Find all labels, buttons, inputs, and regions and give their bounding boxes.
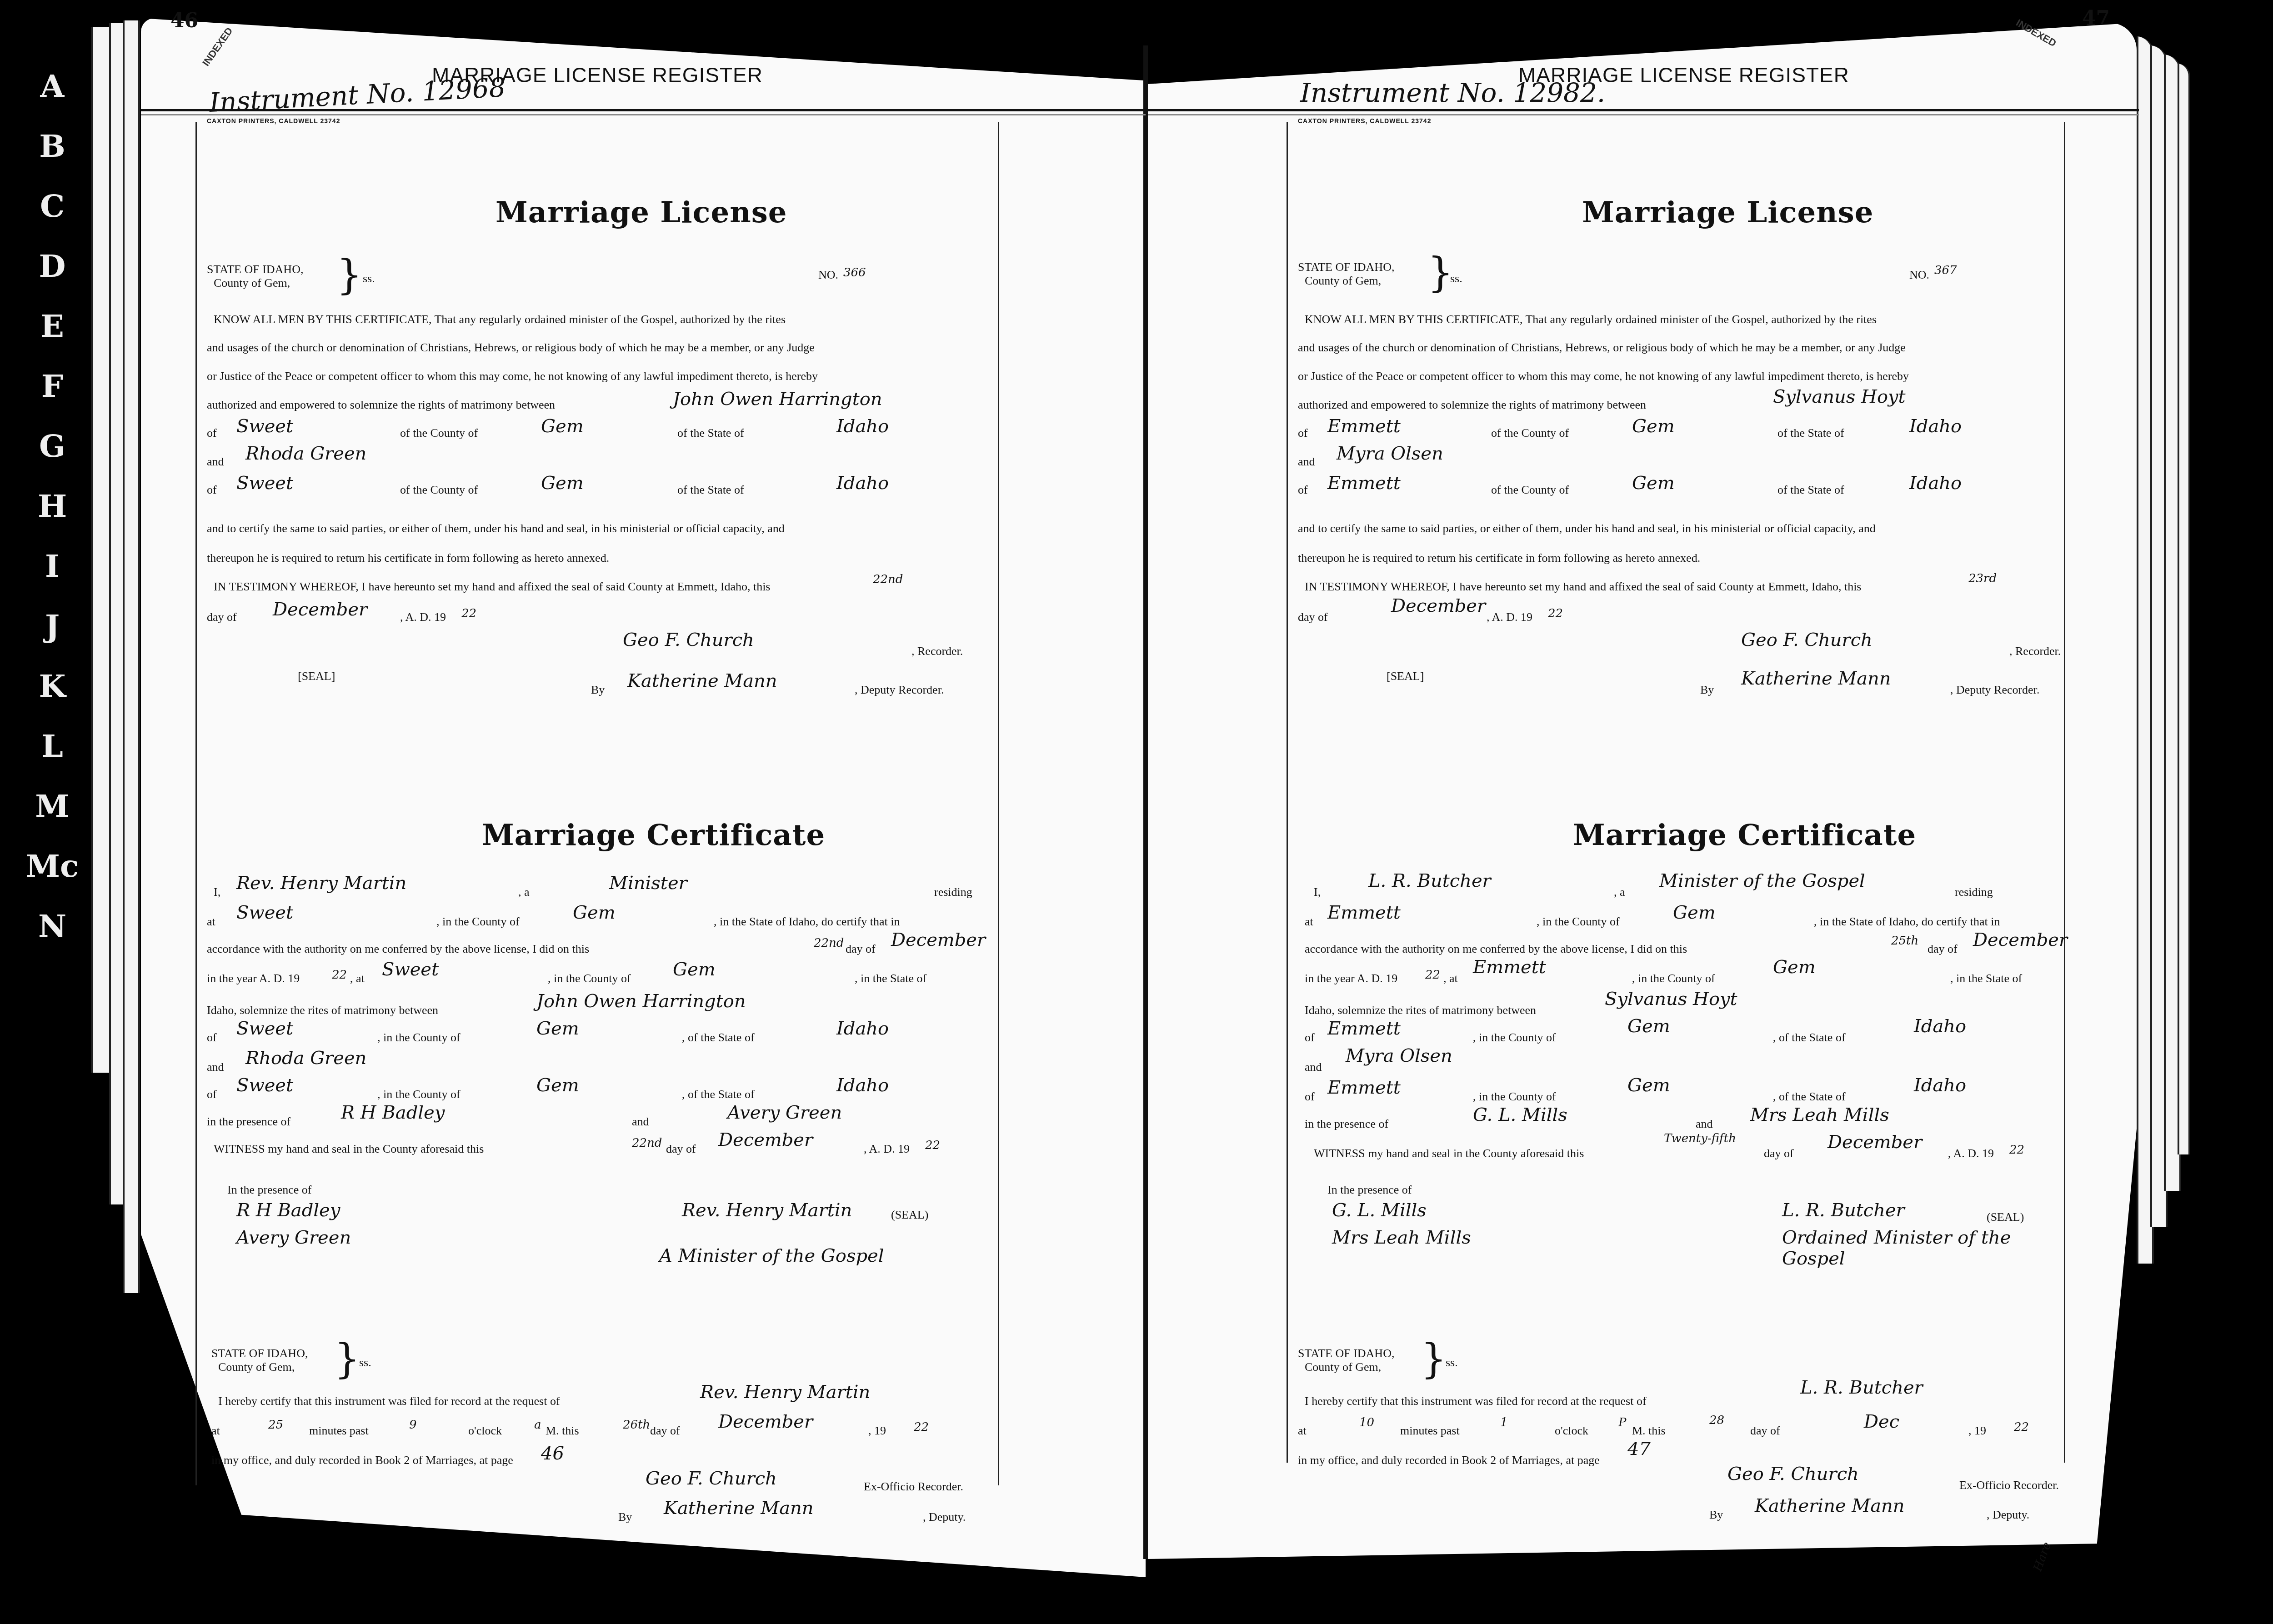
bride-town: Emmett <box>1327 473 1401 494</box>
form-text: and to certify the same to said parties,… <box>1298 523 1876 535</box>
form-text: M. this <box>546 1425 579 1437</box>
bride-name: Myra Olsen <box>1337 443 1443 464</box>
form-text: residing <box>934 886 972 898</box>
license-no-label: NO. <box>818 269 838 281</box>
index-tab[interactable]: C <box>18 188 86 225</box>
filed-year: 22 <box>914 1420 929 1434</box>
form-text: , Recorder. <box>2009 645 2061 657</box>
form-text: o'clock <box>1555 1425 1588 1437</box>
form-text: and to certify the same to said parties,… <box>207 523 785 535</box>
form-text: , in the County of <box>1473 1032 1556 1044</box>
form-text: WITNESS my hand and seal in the County a… <box>1314 1148 1584 1159</box>
filed-page: 47 <box>1627 1439 1651 1459</box>
license-number: 366 <box>843 266 866 280</box>
bride-state: Idaho <box>1909 473 1962 494</box>
marriage-month: December <box>891 929 986 950</box>
form-text: at <box>207 916 215 928</box>
form-text: By <box>591 684 605 696</box>
form-text: , 19 <box>1968 1425 1986 1437</box>
form-text: day of <box>1764 1148 1794 1159</box>
recorder-signature: Geo F. Church <box>623 630 754 650</box>
form-text: Idaho, solemnize the rites of matrimony … <box>207 1004 438 1016</box>
form-text: , in the County of <box>1473 1091 1556 1103</box>
officiant-county: Gem <box>1673 902 1716 923</box>
filed-month: December <box>718 1411 813 1432</box>
form-text: of the County of <box>1491 484 1569 496</box>
form-text: day of <box>207 611 237 623</box>
header-rule <box>141 109 1146 115</box>
form-text: , in the County of <box>1537 916 1620 928</box>
form-text: of the State of <box>677 427 744 439</box>
index-tab[interactable]: J <box>18 608 86 645</box>
form-text: of the State of <box>1777 484 1844 496</box>
form-text: , at <box>1443 973 1458 984</box>
cert-groom-town: Emmett <box>1327 1018 1401 1039</box>
form-text: I hereby certify that this instrument wa… <box>218 1395 560 1407</box>
form-text: o'clock <box>468 1425 502 1437</box>
form-text: authorized and empowered to solemnize th… <box>207 399 555 411</box>
officiant-signature-title: A Minister of the Gospel <box>659 1245 896 1266</box>
brace: } <box>1427 252 1453 293</box>
marriage-place: Emmett <box>1473 957 1546 978</box>
form-text: , a <box>518 886 530 898</box>
form-text: in the year A. D. 19 <box>207 973 300 984</box>
header-rule <box>1148 109 2139 115</box>
form-text: of <box>1298 427 1308 439</box>
officiant-signature-title: Ordained Minister of the Gospel <box>1782 1227 2018 1269</box>
officiant-county: Gem <box>573 902 616 923</box>
cert-groom-state: Idaho <box>836 1018 889 1039</box>
groom-county: Gem <box>541 416 584 437</box>
page-number: 47 <box>2082 7 2110 30</box>
form-text: minutes past <box>309 1425 369 1437</box>
officiant-signature: Rev. Henry Martin <box>682 1200 852 1221</box>
form-text: of <box>1305 1091 1315 1103</box>
index-tab[interactable]: N <box>18 908 86 944</box>
form-text: in the presence of <box>207 1116 290 1128</box>
form-text: and <box>1305 1061 1322 1073</box>
witness-month: December <box>1827 1132 1922 1153</box>
county-label: County of Gem, <box>214 277 290 289</box>
witness-1: G. L. Mills <box>1473 1104 1567 1125</box>
form-text: and usages of the church or denomination… <box>1298 342 1906 354</box>
certificate-heading: Marriage Certificate <box>482 818 825 852</box>
index-tab[interactable]: M <box>18 788 86 824</box>
seal-label: (SEAL) <box>1987 1211 2024 1223</box>
form-text: I, <box>214 886 220 898</box>
form-text: and usages of the church or denomination… <box>207 342 815 354</box>
form-text: , Deputy. <box>923 1511 966 1523</box>
brace: } <box>1421 1339 1447 1379</box>
license-day: 22nd <box>873 573 903 586</box>
seal-label: (SEAL) <box>891 1209 928 1221</box>
form-text: of <box>207 1032 217 1044</box>
filed-year: 22 <box>2014 1420 2029 1434</box>
cert-groom: John Owen Harrington <box>536 991 746 1012</box>
form-text: day of <box>1750 1425 1780 1437</box>
margin-line <box>195 122 197 1485</box>
form-text: , A. D. 19 <box>400 611 446 623</box>
filed-recorder-signature: Geo F. Church <box>1727 1464 1859 1484</box>
form-text: In the presence of <box>227 1184 312 1196</box>
form-text: , in the State of <box>855 973 926 984</box>
form-text: minutes past <box>1400 1425 1460 1437</box>
form-text: , 19 <box>868 1425 886 1437</box>
witness-2: Avery Green <box>727 1102 842 1123</box>
cert-bride: Rhoda Green <box>245 1048 366 1069</box>
index-tab[interactable]: E <box>18 308 86 345</box>
form-text: , of the State of <box>1773 1032 1846 1044</box>
form-text: , in the State of Idaho, do certify that… <box>714 916 900 928</box>
page-number: 46 <box>170 9 198 32</box>
form-text: thereupon he is required to return his c… <box>207 552 609 564</box>
filed-deputy-signature: Katherine Mann <box>1755 1495 1905 1516</box>
right-page <box>1146 23 2137 1559</box>
license-day: 23rd <box>1968 572 1997 585</box>
license-no-label: NO. <box>1909 269 1929 281</box>
left-page <box>141 18 1146 1577</box>
license-year: 22 <box>461 607 476 620</box>
filed-day: 28 <box>1709 1414 1724 1427</box>
form-text: and <box>1298 456 1315 468</box>
cert-bride-county: Gem <box>536 1075 579 1096</box>
officiant-name: L. R. Butcher <box>1368 870 1491 891</box>
deputy-signature: Katherine Mann <box>627 670 777 691</box>
witness-2-signature: Mrs Leah Mills <box>1332 1227 1471 1248</box>
form-text: thereupon he is required to return his c… <box>1298 552 1700 564</box>
form-text: , Deputy Recorder. <box>1950 684 2039 696</box>
marriage-day: 22nd <box>814 936 844 950</box>
license-month: December <box>273 599 367 620</box>
cert-groom-town: Sweet <box>236 1018 293 1039</box>
form-text: of the County of <box>400 484 478 496</box>
index-tab[interactable]: L <box>18 728 86 765</box>
form-text: in my office, and duly recorded in Book … <box>1298 1454 1600 1466</box>
recorder-signature: Geo F. Church <box>1741 630 1872 650</box>
filed-hour: 1 <box>1500 1416 1508 1429</box>
form-text: at <box>1305 916 1313 928</box>
form-text: of <box>207 427 217 439</box>
form-text: day of <box>650 1425 680 1437</box>
seal-label: [SEAL] <box>298 670 335 682</box>
county-label: County of Gem, <box>1305 275 1381 287</box>
state-label: STATE OF IDAHO, <box>1298 1348 1394 1359</box>
license-year: 22 <box>1548 607 1563 620</box>
form-text: IN TESTIMONY WHEREOF, I have hereunto se… <box>1305 581 1862 593</box>
form-text: , of the State of <box>1773 1091 1846 1103</box>
county-label: County of Gem, <box>1305 1361 1381 1373</box>
groom-state: Idaho <box>1909 416 1962 437</box>
witness-year: 22 <box>2009 1143 2024 1157</box>
license-heading: Marriage License <box>1582 195 1874 230</box>
form-text: IN TESTIMONY WHEREOF, I have hereunto se… <box>214 581 771 593</box>
cert-bride: Myra Olsen <box>1346 1045 1452 1066</box>
form-text: of <box>1305 1032 1315 1044</box>
form-text: M. this <box>1632 1425 1666 1437</box>
filed-requested-by: L. R. Butcher <box>1800 1377 1923 1398</box>
form-text: , in the County of <box>377 1032 461 1044</box>
seal-label: [SEAL] <box>1387 670 1424 682</box>
marriage-year: 22 <box>332 968 347 982</box>
ss-label: ss. <box>1450 273 1462 285</box>
ss-label: ss. <box>1446 1357 1458 1369</box>
form-text: residing <box>1955 886 1993 898</box>
index-tab[interactable]: B <box>18 128 86 165</box>
filed-page: 46 <box>541 1443 564 1464</box>
form-text: WITNESS my hand and seal in the County a… <box>214 1143 484 1155</box>
page-edge <box>123 20 140 1293</box>
printer-mark: CAXTON PRINTERS, CALDWELL 23742 <box>1298 117 1431 125</box>
margin-line <box>998 122 999 1485</box>
license-number: 367 <box>1934 264 1957 277</box>
groom-state: Idaho <box>836 416 889 437</box>
witness-2: Mrs Leah Mills <box>1750 1104 1889 1125</box>
county-label: County of Gem, <box>218 1361 295 1373</box>
cert-groom: Sylvanus Hoyt <box>1605 989 1737 1009</box>
ss-label: ss. <box>363 273 375 285</box>
form-text: of the State of <box>677 484 744 496</box>
cert-bride-state: Idaho <box>1914 1075 1966 1096</box>
witness-1-signature: G. L. Mills <box>1332 1200 1427 1221</box>
form-text: , A. D. 19 <box>864 1143 910 1155</box>
form-text: I hereby certify that this instrument wa… <box>1305 1395 1647 1407</box>
form-text: , Recorder. <box>911 645 963 657</box>
margin-line <box>1287 122 1288 1463</box>
form-text: , of the State of <box>682 1032 755 1044</box>
cert-groom-state: Idaho <box>1914 1016 1966 1037</box>
cert-bride-town: Sweet <box>236 1075 293 1096</box>
witness-year: 22 <box>925 1139 940 1152</box>
filed-requested-by: Rev. Henry Martin <box>700 1382 870 1403</box>
form-text: , Deputy. <box>1987 1509 2029 1521</box>
groom-county: Gem <box>1632 416 1675 437</box>
brace: } <box>336 255 362 295</box>
filed-month: Dec <box>1864 1411 1899 1432</box>
groom-name: Sylvanus Hoyt <box>1773 386 1906 407</box>
form-text: KNOW ALL MEN BY THIS CERTIFICATE, That a… <box>1305 314 1877 325</box>
cert-bride-town: Emmett <box>1327 1077 1401 1098</box>
form-text: authorized and empowered to solemnize th… <box>1298 399 1646 411</box>
state-label: STATE OF IDAHO, <box>211 1348 308 1359</box>
form-text: , A. D. 19 <box>1487 611 1532 623</box>
marriage-day: 25th <box>1891 934 1918 948</box>
index-tab[interactable]: Mc <box>18 848 86 884</box>
form-text: , A. D. 19 <box>1948 1148 1994 1159</box>
form-text: and <box>207 456 224 468</box>
license-heading: Marriage License <box>496 195 787 230</box>
form-text: By <box>618 1511 632 1523</box>
bride-county: Gem <box>1632 473 1675 494</box>
book-gutter <box>1143 45 1148 1559</box>
officiant-title: Minister of the Gospel <box>1659 870 1865 891</box>
index-tab[interactable]: G <box>18 428 86 465</box>
marriage-county: Gem <box>673 959 716 980</box>
groom-town: Emmett <box>1327 416 1401 437</box>
filed-recorder-signature: Geo F. Church <box>646 1468 777 1489</box>
page-edge <box>2178 64 2190 1154</box>
license-month: December <box>1391 595 1486 616</box>
index-tab[interactable]: A <box>18 68 86 105</box>
bride-county: Gem <box>541 473 584 494</box>
form-text: of the State of <box>1777 427 1844 439</box>
form-text: , in the State of Idaho, do certify that… <box>1814 916 2000 928</box>
cert-bride-county: Gem <box>1627 1075 1670 1096</box>
marriage-month: December <box>1973 929 2068 950</box>
form-text: , in the County of <box>436 916 520 928</box>
index-tab[interactable]: H <box>18 488 86 525</box>
form-text: and <box>1696 1118 1713 1130</box>
witness-1-signature: R H Badley <box>236 1200 340 1221</box>
form-text: , in the County of <box>548 973 631 984</box>
index-tab[interactable]: I <box>18 548 86 585</box>
form-text: accordance with the authority on me conf… <box>207 943 589 955</box>
filed-am-pm: a <box>534 1418 541 1432</box>
ss-label: ss. <box>359 1357 371 1369</box>
officiant-signature: L. R. Butcher <box>1782 1200 1905 1221</box>
margin-note: Hare <box>2031 1540 2054 1573</box>
index-tab[interactable]: K <box>18 668 86 705</box>
groom-name: John Owen Harrington <box>673 389 882 410</box>
form-text: in the year A. D. 19 <box>1305 973 1397 984</box>
deputy-signature: Katherine Mann <box>1741 668 1891 689</box>
form-text: Ex-Officio Recorder. <box>1959 1479 2059 1491</box>
witness-1: R H Badley <box>341 1102 445 1123</box>
witness-month: December <box>718 1129 813 1150</box>
form-text: Idaho, solemnize the rites of matrimony … <box>1305 1004 1536 1016</box>
form-text: of the County of <box>400 427 478 439</box>
bride-state: Idaho <box>836 473 889 494</box>
form-text: In the presence of <box>1327 1184 1412 1196</box>
marriage-county: Gem <box>1773 957 1816 978</box>
form-text: of <box>1298 484 1308 496</box>
form-text: I, <box>1314 886 1321 898</box>
form-text: , in the County of <box>1632 973 1715 984</box>
filed-minutes: 25 <box>268 1418 283 1432</box>
cert-groom-county: Gem <box>1627 1016 1670 1037</box>
form-text: day of <box>1298 611 1328 623</box>
form-text: day of <box>846 943 876 955</box>
form-text: of <box>207 1089 217 1100</box>
form-text: day of <box>1928 943 1958 955</box>
index-tab[interactable]: D <box>18 248 86 285</box>
instrument-number: Instrument No. 12982. <box>1300 77 1605 108</box>
form-text: , in the State of <box>1950 973 2022 984</box>
form-text: or Justice of the Peace or competent off… <box>207 370 818 382</box>
officiant-name: Rev. Henry Martin <box>236 873 406 894</box>
cert-groom-county: Gem <box>536 1018 579 1039</box>
form-text: at <box>1298 1425 1307 1437</box>
form-text: and <box>632 1116 649 1128</box>
officiant-residence: Emmett <box>1327 902 1401 923</box>
witness-2-signature: Avery Green <box>236 1227 351 1248</box>
form-text: , at <box>350 973 365 984</box>
form-text: and <box>207 1061 224 1073</box>
filed-deputy-signature: Katherine Mann <box>664 1498 814 1519</box>
form-text: day of <box>666 1143 696 1155</box>
form-text: , a <box>1614 886 1625 898</box>
marriage-place: Sweet <box>382 959 439 980</box>
filed-hour: 9 <box>409 1418 417 1432</box>
form-text: , in the County of <box>377 1089 461 1100</box>
form-text: Ex-Officio Recorder. <box>864 1481 963 1493</box>
officiant-residence: Sweet <box>236 902 293 923</box>
form-text: of the County of <box>1491 427 1569 439</box>
form-text: KNOW ALL MEN BY THIS CERTIFICATE, That a… <box>214 314 786 325</box>
witness-day: 22nd <box>632 1136 662 1150</box>
witness-day: Twenty-fifth <box>1664 1132 1736 1145</box>
brace: } <box>334 1339 360 1379</box>
printer-mark: CAXTON PRINTERS, CALDWELL 23742 <box>207 117 340 125</box>
form-text: By <box>1700 684 1714 696</box>
filed-am-pm: P <box>1618 1416 1627 1429</box>
state-label: STATE OF IDAHO, <box>1298 261 1394 273</box>
marriage-year: 22 <box>1425 968 1440 982</box>
form-text: of <box>207 484 217 496</box>
cert-bride-state: Idaho <box>836 1075 889 1096</box>
filed-day: 26th <box>623 1418 650 1432</box>
groom-town: Sweet <box>236 416 293 437</box>
margin-line <box>2064 122 2065 1463</box>
bride-town: Sweet <box>236 473 293 494</box>
form-text: at <box>211 1425 220 1437</box>
certificate-heading: Marriage Certificate <box>1573 818 1916 852</box>
form-text: in my office, and duly recorded in Book … <box>211 1454 513 1466</box>
state-label: STATE OF IDAHO, <box>207 264 303 275</box>
form-text: By <box>1709 1509 1723 1521</box>
form-text: or Justice of the Peace or competent off… <box>1298 370 1909 382</box>
officiant-title: Minister <box>609 873 687 894</box>
index-tab[interactable]: F <box>18 368 86 405</box>
bride-name: Rhoda Green <box>245 443 366 464</box>
form-text: accordance with the authority on me conf… <box>1305 943 1687 955</box>
form-text: in the presence of <box>1305 1118 1388 1130</box>
filed-minutes: 10 <box>1359 1416 1374 1429</box>
form-text: , of the State of <box>682 1089 755 1100</box>
form-text: , Deputy Recorder. <box>855 684 944 696</box>
